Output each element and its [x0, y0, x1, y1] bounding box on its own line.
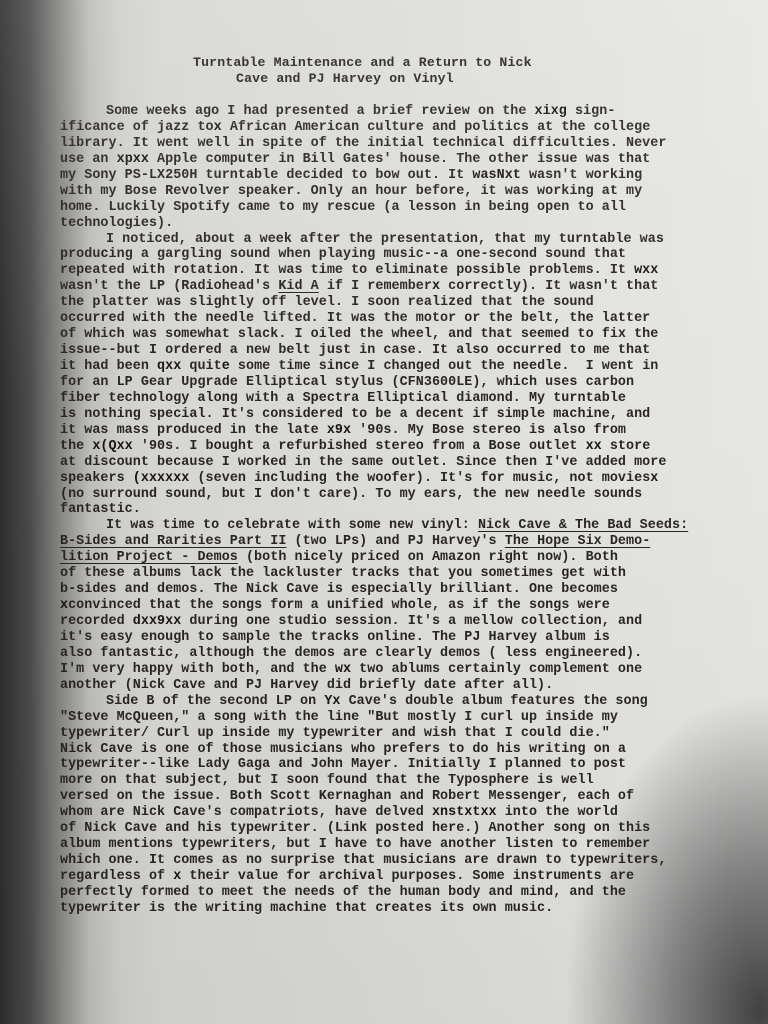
underlined-title: lition Project - Demos [60, 550, 238, 565]
struck-out-typo: xx [586, 439, 602, 454]
text-run: correctly). It wasn't that [440, 279, 658, 294]
text-line: my Sony PS-LX250H turntable decided to b… [60, 168, 730, 184]
text-run: album mentions typewriters, but I have t… [60, 837, 650, 852]
text-run: two ablums certainly complement one [351, 662, 642, 677]
text-run: Some weeks ago I had presented a brief r… [106, 104, 535, 119]
text-run: occurred with the needle lifted. It was … [60, 311, 650, 326]
underlined-title: The Hope Six Demo- [505, 534, 651, 549]
text-run: ificance of jazz to [60, 120, 214, 135]
text-line: perfectly formed to meet the needs of th… [60, 885, 730, 901]
text-run: fiber technology along with a Spectra El… [60, 391, 626, 406]
text-run: the [60, 439, 92, 454]
text-line: Side B of the second LP on Yx Cave's dou… [60, 694, 730, 710]
text-run: store [602, 439, 651, 454]
title-line-1: Turntable Maintenance and a Return to Ni… [0, 55, 768, 71]
struck-out-typo: xnstxtxx [432, 805, 497, 820]
text-run: at discount because I worked in the same… [60, 455, 666, 470]
text-line: it was mass produced in the late x9x '90… [60, 423, 730, 439]
text-line: use an xpxx Apple computer in Bill Gates… [60, 152, 730, 168]
text-line: repeated with rotation. It was time to e… [60, 263, 730, 279]
text-run: wasn't working [521, 168, 642, 183]
text-line: issue--but I ordered a new belt just in … [60, 343, 730, 359]
underlined-title: Kid A [278, 279, 318, 294]
text-run: of these albums lack the lackluster trac… [60, 566, 626, 581]
text-line: for an LP Gear Upgrade Elliptical stylus… [60, 375, 730, 391]
text-run: produ [60, 247, 100, 262]
text-line: fantastic. [60, 502, 730, 518]
text-line: it had been qxx quite some time since I … [60, 359, 730, 375]
struck-out-typo: qxx [157, 359, 181, 374]
struck-out-typo: Yx [324, 694, 340, 709]
text-line: speakers (xxxxxx (seven including the wo… [60, 471, 730, 487]
text-line: technologies). [60, 216, 730, 232]
text-line: It was time to celebrate with some new v… [60, 518, 730, 534]
text-run: their value for archival purposes. Some … [181, 869, 634, 884]
text-run: it was mass produced in the late [60, 423, 327, 438]
text-run: of which was somewhat slack. I oiled the… [60, 327, 658, 342]
text-line: another (Nick Cave and PJ Harvey did bri… [60, 678, 730, 694]
text-run: for an LP Gear Upgrade Elliptical stylus… [60, 375, 634, 390]
text-line: ificance of jazz tox African American cu… [60, 120, 730, 136]
text-run: repeated with rotation. It was time to e… [60, 263, 634, 278]
typewritten-page: Turntable Maintenance and a Return to Ni… [0, 0, 768, 1024]
text-line: whom are Nick Cave's compatriots, have d… [60, 805, 730, 821]
text-run: of Nick Cave and his typewriter. (Link p… [60, 821, 650, 836]
text-line: wasn't the LP (Radiohead's Kid A if I re… [60, 279, 730, 295]
text-run: home. Luckily Spotify came to my rescue … [60, 200, 626, 215]
text-run: (seven including the woofer). It's for m… [189, 471, 650, 486]
text-run: It was time to celebrate with some new v… [106, 518, 478, 533]
text-run: regardless of [60, 869, 173, 884]
struck-out-typo: (xxxxxx [133, 471, 190, 486]
text-run: speakers [60, 471, 133, 486]
text-run: perfectly formed to meet the needs of th… [60, 885, 626, 900]
text-line: Nick Cave is one of those musicians who … [60, 742, 730, 758]
struck-out-typo: c [100, 247, 108, 262]
text-run: Side B of the second LP on [106, 694, 324, 709]
title-line-2: Cave and PJ Harvey on Vinyl [0, 71, 768, 87]
text-run: another (Nick Cave and PJ Harvey did bri… [60, 678, 553, 693]
text-run: '90s. My Bose stereo is also from [351, 423, 626, 438]
struck-out-typo: x9x [327, 423, 351, 438]
text-run: typewriter/ Curl up inside my typewriter… [60, 726, 610, 741]
text-run: into the world [497, 805, 618, 820]
text-run: '90s. I bought a refurbished stereo from… [133, 439, 586, 454]
text-run: convinced that the songs form a unified … [68, 598, 610, 613]
struck-out-typo: x [432, 279, 440, 294]
text-run: recorded [60, 614, 133, 629]
text-run: library. It went well in spite of the in… [60, 136, 666, 151]
text-line: regardless of x their value for archival… [60, 869, 730, 885]
text-line: at discount because I worked in the same… [60, 455, 730, 471]
text-line: fiber technology along with a Spectra El… [60, 391, 730, 407]
underlined-title: Nick Cave & The Bad Seeds: [478, 518, 688, 533]
struck-out-typo: xixg [535, 104, 567, 119]
text-run: whom are Nick Cave's compatriots, have d… [60, 805, 432, 820]
text-line: with my Bose Revolver speaker. Only an h… [60, 184, 730, 200]
text-run: I'm very happy with both, and the [60, 662, 335, 677]
text-run: versed on the issue. Both Scott Kernagha… [60, 789, 634, 804]
text-run: it's easy enough to sample the tracks on… [60, 630, 610, 645]
text-run: sign- [567, 104, 616, 119]
text-run: I noticed, about a week after the presen… [106, 232, 664, 247]
text-line: B-Sides and Rarities Part II (two LPs) a… [60, 534, 730, 550]
text-run: typewriter is the writing machine that c… [60, 901, 553, 916]
text-run: also fantastic, although the demos are c… [60, 646, 642, 661]
text-line: typewriter/ Curl up inside my typewriter… [60, 726, 730, 742]
struck-out-typo: x [650, 471, 658, 486]
struck-out-typo: wasNxt [472, 168, 521, 183]
text-line: lition Project - Demos (both nicely pric… [60, 550, 730, 566]
struck-out-typo: dxx9xx [133, 614, 182, 629]
text-run: Cave's double album features the song [341, 694, 648, 709]
text-line: the platter was slightly off level. I so… [60, 295, 730, 311]
underlined-title: B-Sides and Rarities Part II [60, 534, 286, 549]
struck-out-typo: x(Qxx [92, 439, 132, 454]
struck-out-typo: wxx [634, 263, 658, 278]
text-run: African American culture and politics at… [222, 120, 651, 135]
text-run: is nothing special. It's considered to b… [60, 407, 650, 422]
text-run: fantastic. [60, 502, 141, 517]
text-line: which one. It comes as no surprise that … [60, 853, 730, 869]
text-run: during one studio session. It's a mellow… [181, 614, 642, 629]
text-run: wasn't the LP (Radiohead's [60, 279, 278, 294]
text-line: typewriter--like Lady Gaga and John Maye… [60, 757, 730, 773]
text-line: typewriter is the writing machine that c… [60, 901, 730, 917]
text-line: (no surround sound, but I don't care). T… [60, 487, 730, 503]
text-run: the platter was slightly off level. I so… [60, 295, 594, 310]
document-body: Some weeks ago I had presented a brief r… [60, 104, 730, 917]
text-line: also fantastic, although the demos are c… [60, 646, 730, 662]
text-line: Some weeks ago I had presented a brief r… [60, 104, 730, 120]
text-run: my Sony PS-LX250H turntable decided to b… [60, 168, 472, 183]
struck-out-typo: x [60, 598, 68, 613]
text-line: xconvinced that the songs form a unified… [60, 598, 730, 614]
struck-out-typo: wx [335, 662, 351, 677]
text-run: it had been [60, 359, 157, 374]
text-line: library. It went well in spite of the in… [60, 136, 730, 152]
text-run: b-sides and demos. The Nick Cave is espe… [60, 582, 618, 597]
text-line: home. Luckily Spotify came to my rescue … [60, 200, 730, 216]
text-line: of Nick Cave and his typewriter. (Link p… [60, 821, 730, 837]
text-run: Apple computer in Bill Gates' house. The… [149, 152, 650, 167]
text-run: some time since I changed out the needle… [230, 359, 659, 374]
text-run: (two LPs) and PJ Harvey's [286, 534, 504, 549]
text-line: "Steve McQueen," a song with the line "B… [60, 710, 730, 726]
text-line: I noticed, about a week after the presen… [60, 232, 730, 248]
struck-out-typo: e [222, 359, 230, 374]
text-line: producing a gargling sound when playing … [60, 247, 730, 263]
text-line: versed on the issue. Both Scott Kernagha… [60, 789, 730, 805]
text-run: "Steve McQueen," a song with the line "B… [60, 710, 618, 725]
text-run: more on that subject, but I soon found t… [60, 773, 594, 788]
text-run: if I remember [319, 279, 432, 294]
text-run: technologies). [60, 216, 173, 231]
struck-out-typo: xpxx [117, 152, 149, 167]
text-line: occurred with the needle lifted. It was … [60, 311, 730, 327]
text-run: which one. It comes as no surprise that … [60, 853, 666, 868]
text-run: Nick Cave is one of those musicians who … [60, 742, 626, 757]
text-run: quit [181, 359, 221, 374]
text-line: recorded dxx9xx during one studio sessio… [60, 614, 730, 630]
text-run: (both nicely priced on Amazon right now)… [238, 550, 618, 565]
struck-out-typo: x [214, 120, 222, 135]
text-line: b-sides and demos. The Nick Cave is espe… [60, 582, 730, 598]
text-line: more on that subject, but I soon found t… [60, 773, 730, 789]
text-line: it's easy enough to sample the tracks on… [60, 630, 730, 646]
text-run: typewriter--like Lady Gaga and John Maye… [60, 757, 626, 772]
text-run: (no surround sound, but I don't care). T… [60, 487, 642, 502]
text-line: is nothing special. It's considered to b… [60, 407, 730, 423]
text-run: with my Bose Revolver speaker. Only an h… [60, 184, 642, 199]
text-line: I'm very happy with both, and the wx two… [60, 662, 730, 678]
text-run: issue--but I ordered a new belt just in … [60, 343, 650, 358]
text-line: album mentions typewriters, but I have t… [60, 837, 730, 853]
text-line: of which was somewhat slack. I oiled the… [60, 327, 730, 343]
text-line: of these albums lack the lackluster trac… [60, 566, 730, 582]
document-title: Turntable Maintenance and a Return to Ni… [0, 55, 768, 87]
text-line: the x(Qxx '90s. I bought a refurbished s… [60, 439, 730, 455]
text-run: use an [60, 152, 117, 167]
text-run: ing a gargling sound when playing music-… [109, 247, 626, 262]
